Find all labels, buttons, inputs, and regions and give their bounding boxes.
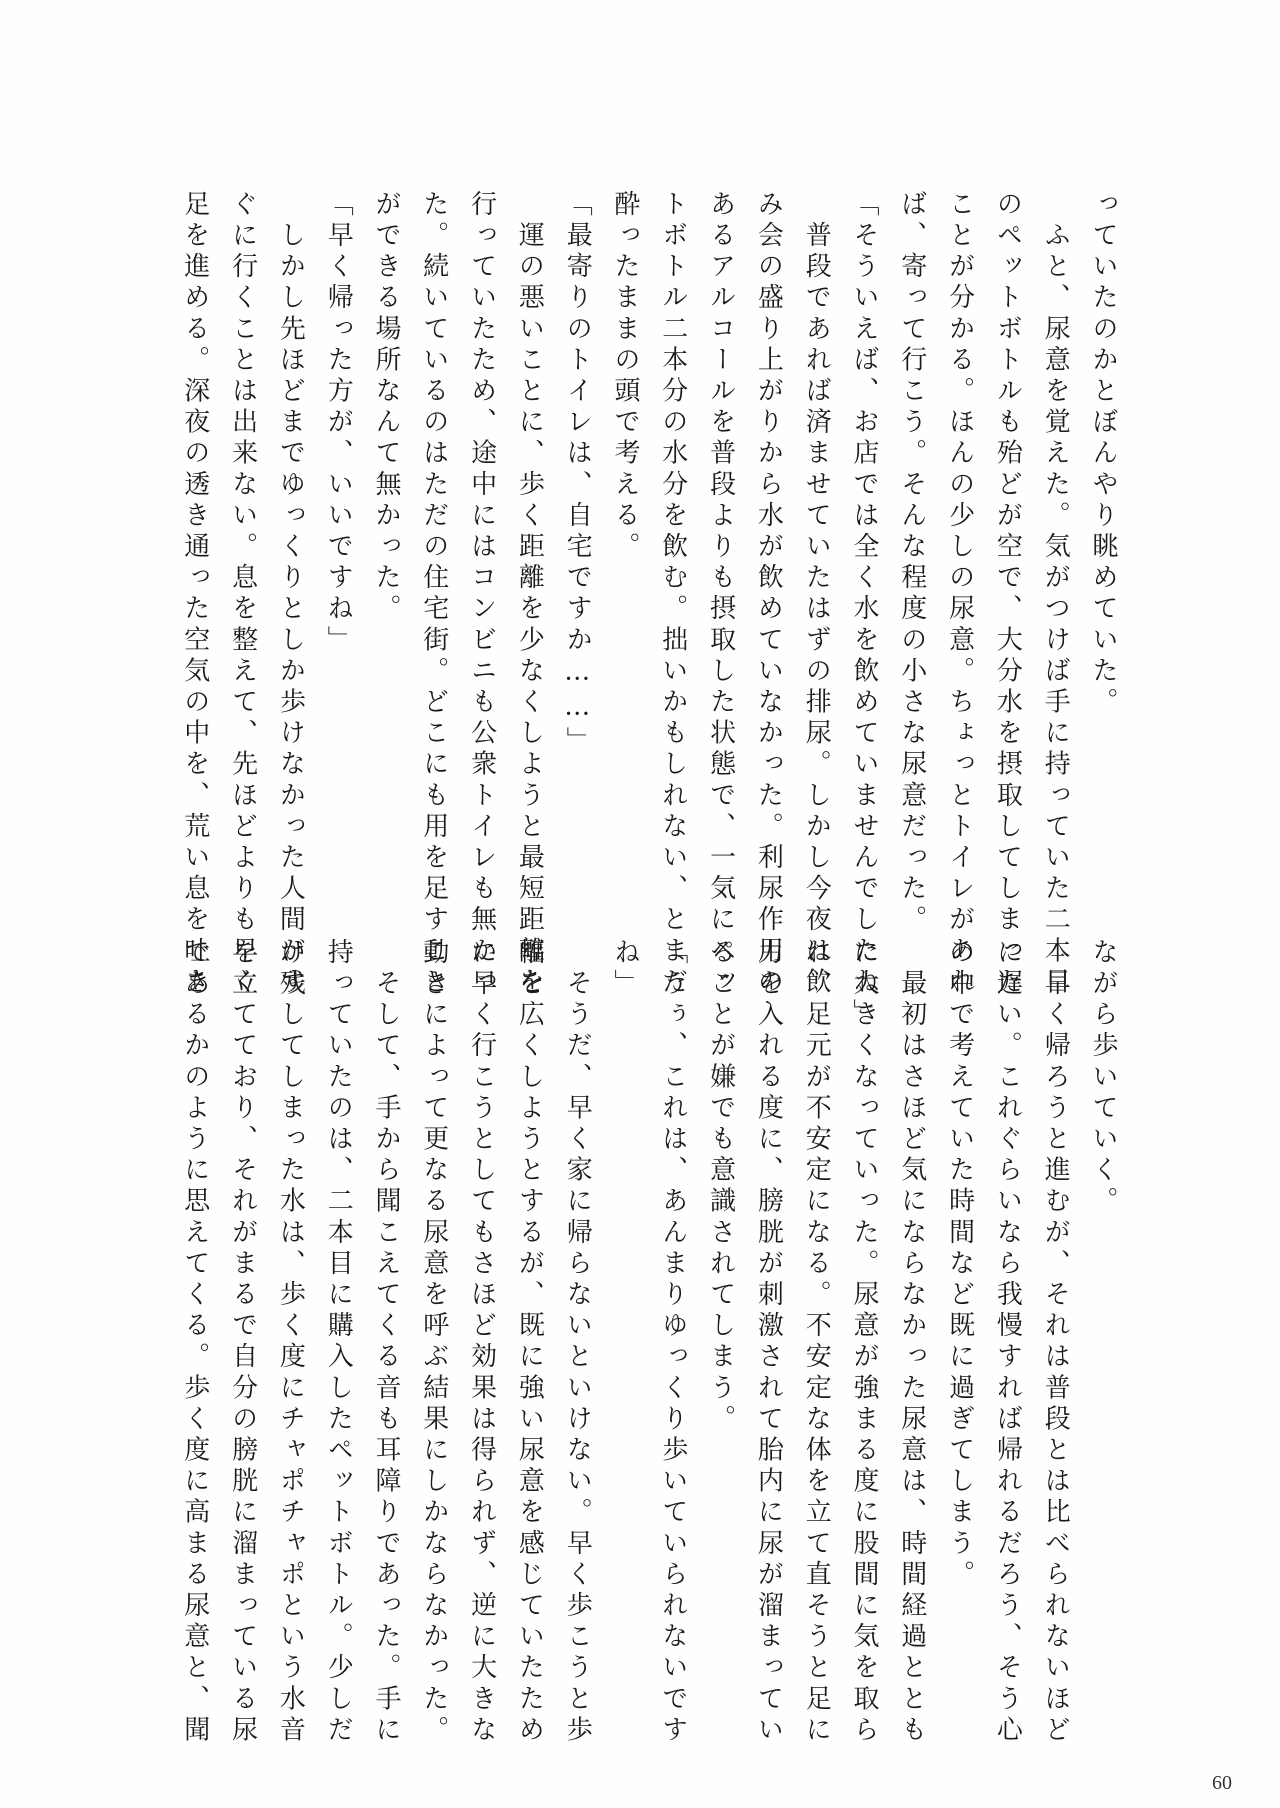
text-column: に大きくなっていった。尿意が強まる度に股間に気を取ら xyxy=(848,938,880,1747)
text-column: け残してしまった水は、歩く度にチャポチャポという水音 xyxy=(274,938,306,1747)
text-column: 「そういえば、お店では全く水を飲めていませんでしたね」 xyxy=(848,190,880,1030)
text-column: 「最寄りのトイレは、自宅ですか……」 xyxy=(561,190,593,758)
text-column: た。続いているのはただの住宅街。どこにも用を足すこと xyxy=(418,190,450,999)
text-column: であるかのように思えてくる。歩く度に高まる尿意と、聞 xyxy=(179,938,211,1747)
text-column: トボトル二本分の水分を飲む。拙いかもしれない、とまだ xyxy=(657,190,689,999)
text-column: み会の盛り上がりから水が飲めていなかった。利尿作用の xyxy=(752,190,784,999)
text-column: 酔ったままの頭で考える。 xyxy=(609,190,641,563)
text-column: 「早く帰った方が、いいですね」 xyxy=(322,190,354,657)
text-column: 力を入れる度に、膀胱が刺激されて胎内に尿が溜まってい xyxy=(752,938,784,1747)
document-page: っていたのかとぼんやり眺めていた。 ふと、尿意を覚えた。気がつけば手に持っていた… xyxy=(0,0,1280,1808)
text-column: 行っていたため、途中にはコンビニも公衆トイレも無かっ xyxy=(466,190,498,999)
text-block-top: っていたのかとぼんやり眺めていた。 ふと、尿意を覚えた。気がつけば手に持っていた… xyxy=(0,190,1280,890)
text-column: ね」 xyxy=(609,938,641,1000)
text-column: しかし先ほどまでゆっくりとしか歩けなかった人間がす xyxy=(274,190,306,999)
text-column: ば、寄って行こう。そんな程度の小さな尿意だった。 xyxy=(896,190,928,936)
text-column: ができる場所なんて無かった。 xyxy=(370,190,402,625)
page-number: 60 xyxy=(1212,1772,1232,1795)
text-column: 持っていたのは、二本目に購入したペットボトル。少しだ xyxy=(322,938,354,1747)
text-column: に早く行こうとしてもさほど効果は得られず、逆に大きな xyxy=(466,938,498,1747)
text-column: 「うぅ、これは、あんまりゆっくり歩いていられないです xyxy=(657,938,689,1747)
text-column: 幅を広くしようとするが、既に強い尿意を感じていたため xyxy=(513,938,545,1747)
text-column: そして、手から聞こえてくる音も耳障りであった。手に xyxy=(370,938,402,1747)
text-column: ることが嫌でも意識されてしまう。 xyxy=(705,938,737,1436)
text-column: そうだ、早く家に帰らないといけない。早く歩こうと歩 xyxy=(561,938,593,1747)
text-column: あるアルコールを普段よりも摂取した状態で、一気にペッ xyxy=(705,190,737,999)
text-column: 普段であれば済ませていたはずの排尿。しかし今夜は飲 xyxy=(800,190,832,999)
text-block-bottom: ながら歩いていく。 早く帰ろうと進むが、それは普段とは比べられないほどに遅い。こ… xyxy=(0,938,1280,1638)
text-column: れ、足元が不安定になる。不安定な体を立て直そうと足に xyxy=(800,938,832,1747)
text-column: 動きによって更なる尿意を呼ぶ結果にしかならなかった。 xyxy=(418,938,450,1747)
text-column: ながら歩いていく。 xyxy=(1087,938,1119,1218)
text-column: ぐに行くことは出来ない。息を整えて、先ほどよりも早く xyxy=(227,190,259,999)
text-column: のペットボトルも殆どが空で、大分水を摂取してしまった xyxy=(991,190,1023,999)
text-column: に遅い。これぐらいなら我慢すれば帰れるだろう、そう心 xyxy=(991,938,1023,1747)
text-column: の中で考えていた時間など既に過ぎてしまう。 xyxy=(944,938,976,1591)
text-column: 早く帰ろうと進むが、それは普段とは比べられないほど xyxy=(1039,938,1071,1747)
text-column: 足を進める。深夜の透き通った空気の中を、荒い息を吐き xyxy=(179,190,211,999)
text-column: ふと、尿意を覚えた。気がつけば手に持っていた二本目 xyxy=(1039,190,1071,999)
text-column: 運の悪いことに、歩く距離を少なくしようと最短距離を xyxy=(513,190,545,999)
text-column: っていたのかとぼんやり眺めていた。 xyxy=(1087,190,1119,719)
text-column: ことが分かる。ほんの少しの尿意。ちょっとトイレがあれ xyxy=(944,190,976,999)
text-column: 最初はさほど気にならなかった尿意は、時間経過ととも xyxy=(896,938,928,1747)
text-column: を立てており、それがまるで自分の膀胱に溜まっている尿 xyxy=(227,938,259,1747)
